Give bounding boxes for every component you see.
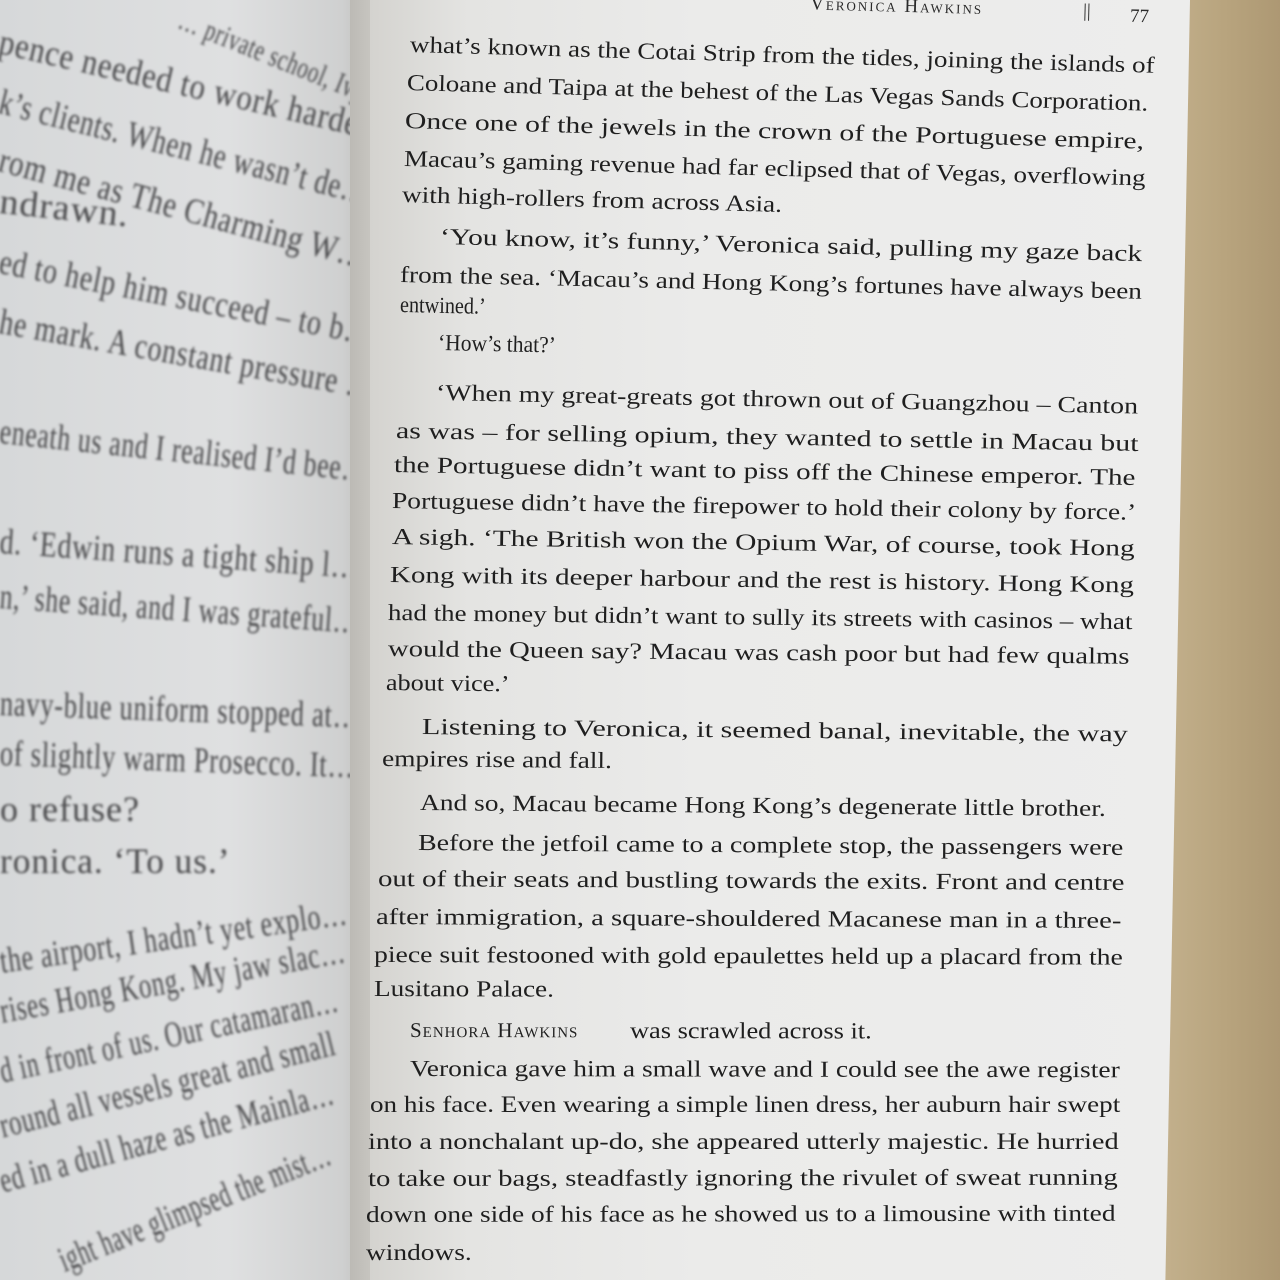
text-line: after immigration, a square-shouldered M… — [376, 904, 1122, 934]
text-line: Kong with its deeper harbour and the res… — [390, 562, 1134, 598]
text-line: entwined.’ — [400, 292, 486, 320]
text-line: from the sea. ‘Macau’s and Hong Kong’s f… — [400, 262, 1143, 305]
text-line: ‘When my great-greats got thrown out of … — [436, 380, 1139, 419]
text-line: ‘You know, it’s funny,’ Veronica said, p… — [440, 224, 1143, 267]
text-line: Coloane and Taipa at the behest of the L… — [407, 70, 1149, 117]
text-line: to take our bags, steadfastly ignoring t… — [368, 1165, 1118, 1192]
text-line: Before the jetfoil came to a complete st… — [418, 830, 1124, 861]
placard-name: Senhora Hawkins — [410, 1018, 578, 1043]
text-line: down one side of his face as he showed u… — [366, 1201, 1116, 1228]
text-line: about vice.’ — [386, 670, 510, 697]
text-line: would the Queen say? Macau was cash poor… — [388, 636, 1130, 670]
text-line: Listening to Veronica, it seemed banal, … — [422, 714, 1128, 747]
text-line: ‘How’s that?’ — [438, 330, 556, 358]
text-line: into a nonchalant up-do, she appeared ut… — [368, 1129, 1119, 1155]
text-line: with high-rollers from across Asia. — [402, 182, 783, 218]
text-line: Portuguese didn’t have the firepower to … — [392, 488, 1137, 526]
text-line: what’s known as the Cotai Strip from the… — [410, 32, 1155, 79]
text-line: the Portuguese didn’t want to piss off t… — [394, 452, 1136, 491]
text-line: Lusitano Palace. — [374, 976, 554, 1003]
text-line: empires rise and fall. — [382, 746, 612, 774]
text-line: windows. — [366, 1240, 472, 1266]
text-line: Veronica gave him a small wave and I cou… — [410, 1056, 1120, 1083]
right-page-text: what’s known as the Cotai Strip from the… — [0, 0, 1280, 1280]
text-line: piece suit festooned with gold epaulette… — [374, 942, 1123, 971]
text-line: A sigh. ‘The British won the Opium War, … — [392, 524, 1135, 562]
text-line: And so, Macau became Hong Kong’s degener… — [420, 790, 1106, 822]
text-line: was scrawled across it. — [630, 1018, 872, 1044]
text-line: as was – for selling opium, they wanted … — [396, 418, 1139, 457]
text-line: Once one of the jewels in the crown of t… — [405, 108, 1145, 155]
text-line: on his face. Even wearing a simple linen… — [370, 1092, 1120, 1118]
text-line: out of their seats and bustling towards … — [378, 866, 1125, 896]
text-line: had the money but didn’t want to sully i… — [388, 600, 1133, 635]
